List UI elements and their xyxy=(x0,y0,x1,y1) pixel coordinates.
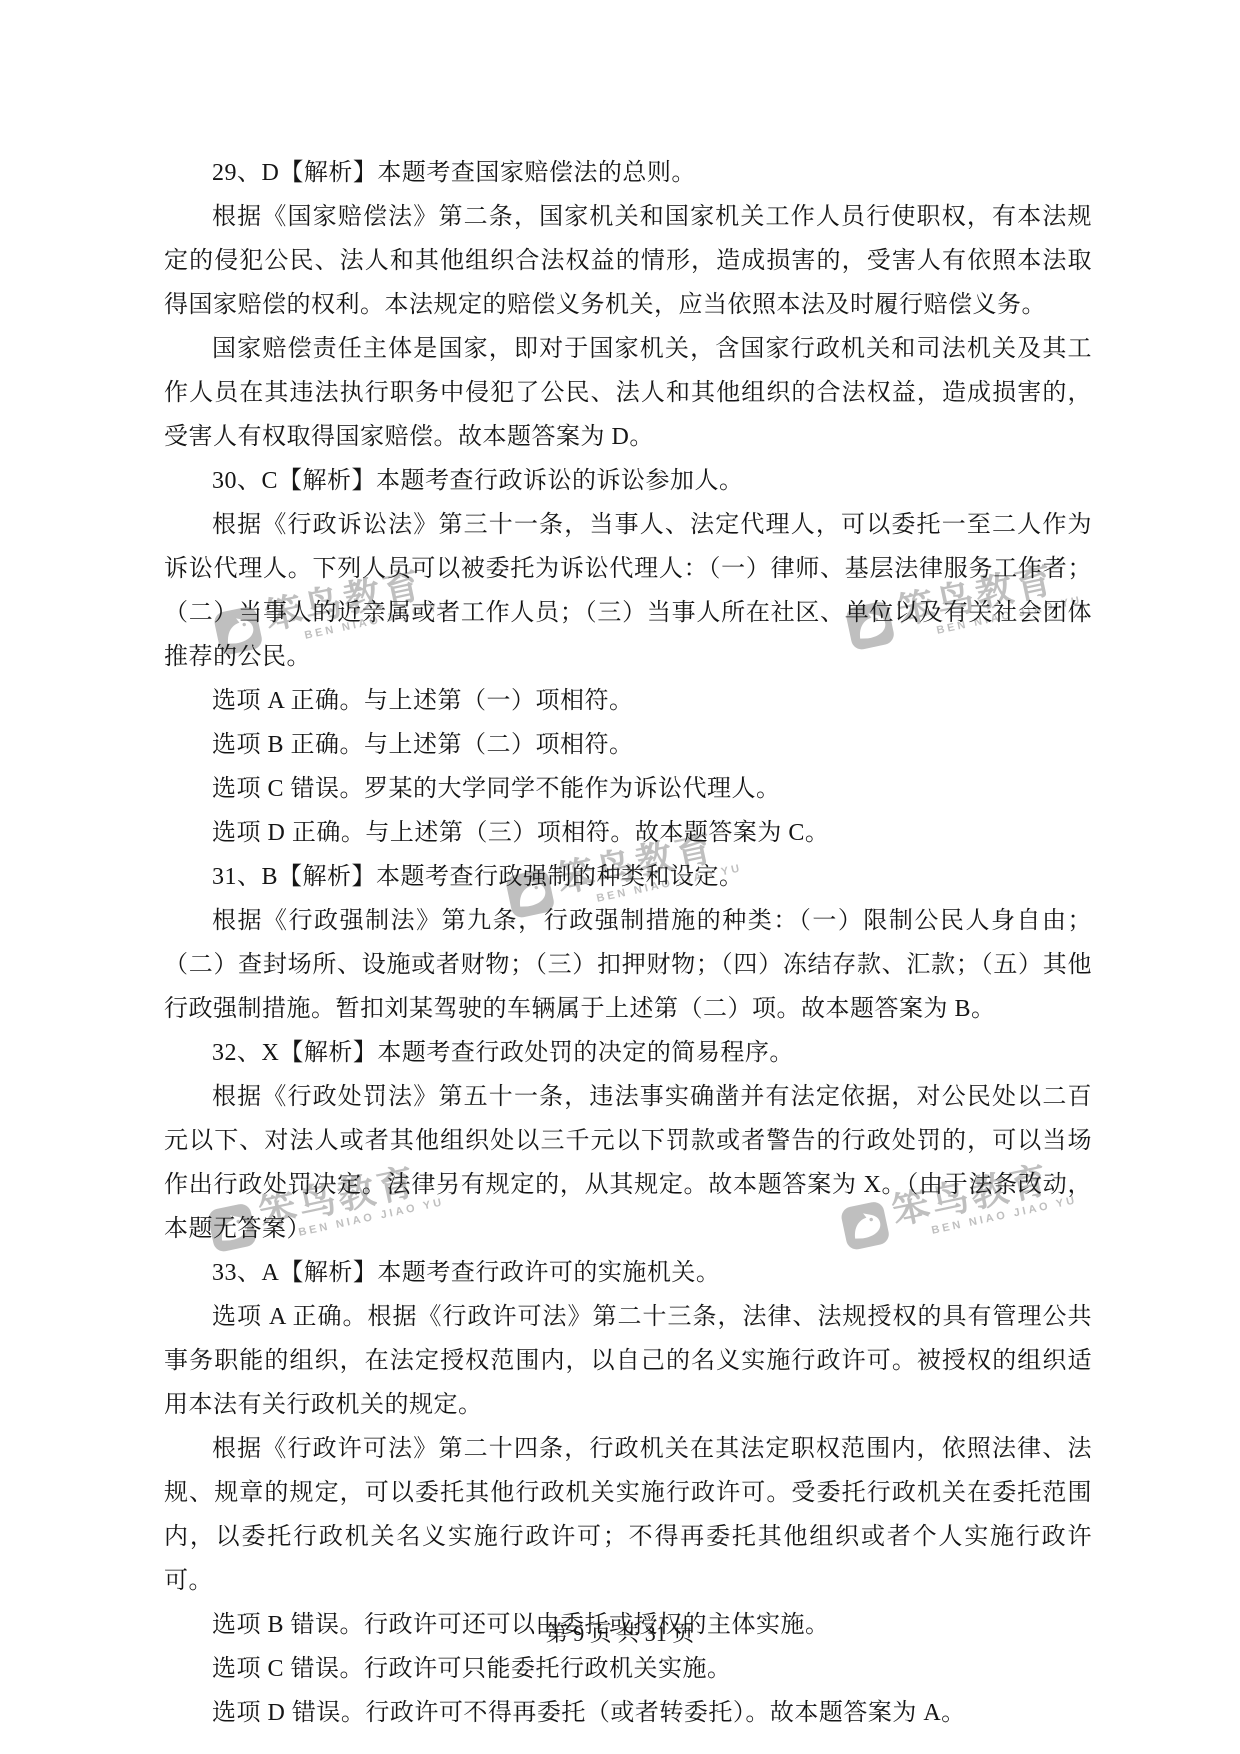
q32-law-basis: 根据《行政处罚法》第五十一条，违法事实确凿并有法定依据，对公民处以二百元以下、对… xyxy=(164,1075,1092,1251)
q33-option-d: 选项 D 错误。行政许可不得再委托（或者转委托）。故本题答案为 A。 xyxy=(164,1691,1092,1735)
q30-law-basis: 根据《行政诉讼法》第三十一条，当事人、法定代理人，可以委托一至二人作为诉讼代理人… xyxy=(164,503,1092,679)
q29-law-basis: 根据《国家赔偿法》第二条，国家机关和国家机关工作人员行使职权，有本法规定的侵犯公… xyxy=(164,195,1092,327)
q30-option-d: 选项 D 正确。与上述第（三）项相符。故本题答案为 C。 xyxy=(164,811,1092,855)
document-body: 29、D【解析】本题考查国家赔偿法的总则。 根据《国家赔偿法》第二条，国家机关和… xyxy=(164,151,1092,1735)
q30-option-a: 选项 A 正确。与上述第（一）项相符。 xyxy=(164,679,1092,723)
q30-answer-heading: 30、C【解析】本题考查行政诉讼的诉讼参加人。 xyxy=(164,459,1092,503)
q31-law-basis: 根据《行政强制法》第九条，行政强制措施的种类：（一）限制公民人身自由；（二）查封… xyxy=(164,899,1092,1031)
document-page: 笨鸟教育 BEN NIAO JIAO YU 笨鸟教育 BEN NIAO JIAO… xyxy=(0,0,1240,1754)
q30-option-c: 选项 C 错误。罗某的大学同学不能作为诉讼代理人。 xyxy=(164,767,1092,811)
q33-law-basis: 根据《行政许可法》第二十四条，行政机关在其法定职权范围内，依照法律、法规、规章的… xyxy=(164,1427,1092,1603)
q29-conclusion: 国家赔偿责任主体是国家，即对于国家机关，含国家行政机关和司法机关及其工作人员在其… xyxy=(164,327,1092,459)
q29-answer-heading: 29、D【解析】本题考查国家赔偿法的总则。 xyxy=(164,151,1092,195)
q31-answer-heading: 31、B【解析】本题考查行政强制的种类和设定。 xyxy=(164,855,1092,899)
q33-option-a: 选项 A 正确。根据《行政许可法》第二十三条，法律、法规授权的具有管理公共事务职… xyxy=(164,1295,1092,1427)
q32-answer-heading: 32、X【解析】本题考查行政处罚的决定的简易程序。 xyxy=(164,1031,1092,1075)
page-footer: 第 9 页 共 31 页 xyxy=(0,1620,1240,1648)
page-number: 第 9 页 共 31 页 xyxy=(546,1621,695,1646)
q33-option-c: 选项 C 错误。行政许可只能委托行政机关实施。 xyxy=(164,1647,1092,1691)
q30-option-b: 选项 B 正确。与上述第（二）项相符。 xyxy=(164,723,1092,767)
q33-answer-heading: 33、A【解析】本题考查行政许可的实施机关。 xyxy=(164,1251,1092,1295)
